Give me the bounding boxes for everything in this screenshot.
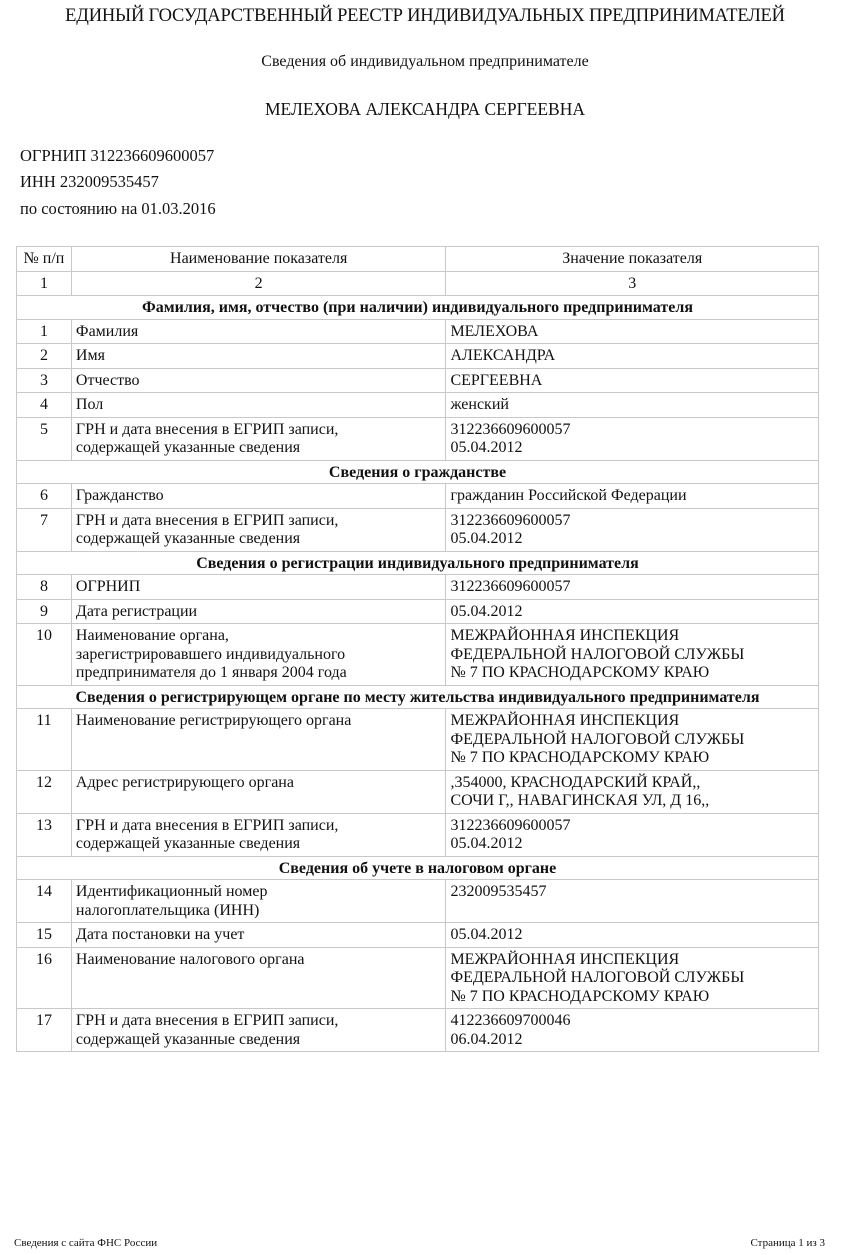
row-number: 2 [17, 344, 72, 369]
indicator-value: СЕРГЕЕВНА [446, 368, 819, 393]
section-header-row: Фамилия, имя, отчество (при наличии) инд… [17, 296, 819, 320]
table-row: 11Наименование регистрирующего органаМЕЖ… [17, 709, 819, 771]
as-of-date-line: по состоянию на 01.03.2016 [20, 199, 216, 219]
section-header-row: Сведения о регистрации индивидуального п… [17, 551, 819, 575]
row-number: 3 [17, 368, 72, 393]
indicator-name: Наименование налогового органа [71, 947, 446, 1009]
row-number: 9 [17, 599, 72, 624]
indicator-name: Имя [71, 344, 446, 369]
table-row: 16Наименование налогового органаМЕЖРАЙОН… [17, 947, 819, 1009]
row-number: 15 [17, 923, 72, 948]
table-body: Фамилия, имя, отчество (при наличии) инд… [17, 296, 819, 1052]
column-number-2: 2 [71, 271, 446, 296]
indicator-value: ,354000, КРАСНОДАРСКИЙ КРАЙ,, СОЧИ Г,, Н… [446, 770, 819, 813]
row-number: 7 [17, 508, 72, 551]
indicator-name: ГРН и дата внесения в ЕГРИП записи, соде… [71, 417, 446, 460]
indicator-name: Фамилия [71, 319, 446, 344]
indicator-value: 312236609600057 05.04.2012 [446, 508, 819, 551]
indicator-value: 312236609600057 05.04.2012 [446, 813, 819, 856]
section-header-row: Сведения о гражданстве [17, 460, 819, 484]
table-row: 5ГРН и дата внесения в ЕГРИП записи, сод… [17, 417, 819, 460]
indicator-name: ОГРНИП [71, 575, 446, 600]
indicator-value: 05.04.2012 [446, 599, 819, 624]
row-number: 4 [17, 393, 72, 418]
indicator-value: 232009535457 [446, 880, 819, 923]
section-title: Сведения о регистрации индивидуального п… [17, 551, 819, 575]
footer-page-number: Страница 1 из 3 [750, 1237, 825, 1249]
row-number: 16 [17, 947, 72, 1009]
table-header-row: № п/п Наименование показателя Значение п… [17, 247, 819, 272]
row-number: 1 [17, 319, 72, 344]
indicator-value: МЕЖРАЙОННАЯ ИНСПЕКЦИЯ ФЕДЕРАЛЬНОЙ НАЛОГО… [446, 624, 819, 686]
section-title: Сведения о регистрирующем органе по мест… [17, 685, 819, 709]
indicator-value: 312236609600057 05.04.2012 [446, 417, 819, 460]
document-title: ЕДИНЫЙ ГОСУДАРСТВЕННЫЙ РЕЕСТР ИНДИВИДУАЛ… [0, 6, 850, 27]
indicator-name: Идентификационный номер налогоплательщик… [71, 880, 446, 923]
table-row: 3ОтчествоСЕРГЕЕВНА [17, 368, 819, 393]
indicator-name: ГРН и дата внесения в ЕГРИП записи, соде… [71, 813, 446, 856]
header-number: № п/п [17, 247, 72, 272]
column-number-row: 1 2 3 [17, 271, 819, 296]
indicator-value: 312236609600057 [446, 575, 819, 600]
indicator-value: гражданин Российской Федерации [446, 484, 819, 509]
indicator-value: АЛЕКСАНДРА [446, 344, 819, 369]
row-number: 13 [17, 813, 72, 856]
indicator-name: Адрес регистрирующего органа [71, 770, 446, 813]
inn-line: ИНН 232009535457 [20, 172, 159, 192]
table-row: 15Дата постановки на учет05.04.2012 [17, 923, 819, 948]
column-number-1: 1 [17, 271, 72, 296]
indicator-value: МЕЛЕХОВА [446, 319, 819, 344]
indicator-name: ГРН и дата внесения в ЕГРИП записи, соде… [71, 508, 446, 551]
indicator-value: МЕЖРАЙОННАЯ ИНСПЕКЦИЯ ФЕДЕРАЛЬНОЙ НАЛОГО… [446, 709, 819, 771]
table-row: 17ГРН и дата внесения в ЕГРИП записи, со… [17, 1009, 819, 1052]
table-row: 8ОГРНИП312236609600057 [17, 575, 819, 600]
table-row: 6Гражданствогражданин Российской Федерац… [17, 484, 819, 509]
document-subtitle: Сведения об индивидуальном предпринимате… [0, 53, 850, 71]
section-header-row: Сведения об учете в налоговом органе [17, 856, 819, 880]
table-row: 7ГРН и дата внесения в ЕГРИП записи, сод… [17, 508, 819, 551]
footer-source: Сведения с сайта ФНС России [14, 1237, 157, 1249]
registry-table: № п/п Наименование показателя Значение п… [16, 246, 819, 1052]
indicator-name: Гражданство [71, 484, 446, 509]
indicator-name: Наименование органа, зарегистрировавшего… [71, 624, 446, 686]
header-indicator-value: Значение показателя [446, 247, 819, 272]
row-number: 11 [17, 709, 72, 771]
table-row: 2ИмяАЛЕКСАНДРА [17, 344, 819, 369]
column-number-3: 3 [446, 271, 819, 296]
indicator-name: Наименование регистрирующего органа [71, 709, 446, 771]
indicator-name: Пол [71, 393, 446, 418]
table-row: 1ФамилияМЕЛЕХОВА [17, 319, 819, 344]
row-number: 17 [17, 1009, 72, 1052]
table-row: 10Наименование органа, зарегистрировавше… [17, 624, 819, 686]
row-number: 5 [17, 417, 72, 460]
table-row: 4Полженский [17, 393, 819, 418]
indicator-name: Дата постановки на учет [71, 923, 446, 948]
section-title: Сведения о гражданстве [17, 460, 819, 484]
section-title: Фамилия, имя, отчество (при наличии) инд… [17, 296, 819, 320]
row-number: 6 [17, 484, 72, 509]
indicator-name: Дата регистрации [71, 599, 446, 624]
indicator-value: женский [446, 393, 819, 418]
section-header-row: Сведения о регистрирующем органе по мест… [17, 685, 819, 709]
indicator-value: 412236609700046 06.04.2012 [446, 1009, 819, 1052]
table-row: 9Дата регистрации05.04.2012 [17, 599, 819, 624]
indicator-name: Отчество [71, 368, 446, 393]
indicator-name: ГРН и дата внесения в ЕГРИП записи, соде… [71, 1009, 446, 1052]
table-row: 13ГРН и дата внесения в ЕГРИП записи, со… [17, 813, 819, 856]
table-row: 12Адрес регистрирующего органа,354000, К… [17, 770, 819, 813]
row-number: 10 [17, 624, 72, 686]
header-indicator-name: Наименование показателя [71, 247, 446, 272]
row-number: 14 [17, 880, 72, 923]
entrepreneur-name: МЕЛЕХОВА АЛЕКСАНДРА СЕРГЕЕВНА [0, 99, 850, 120]
row-number: 8 [17, 575, 72, 600]
section-title: Сведения об учете в налоговом органе [17, 856, 819, 880]
row-number: 12 [17, 770, 72, 813]
indicator-value: 05.04.2012 [446, 923, 819, 948]
indicator-value: МЕЖРАЙОННАЯ ИНСПЕКЦИЯ ФЕДЕРАЛЬНОЙ НАЛОГО… [446, 947, 819, 1009]
table-row: 14Идентификационный номер налогоплательщ… [17, 880, 819, 923]
ogrnip-line: ОГРНИП 312236609600057 [20, 146, 214, 166]
